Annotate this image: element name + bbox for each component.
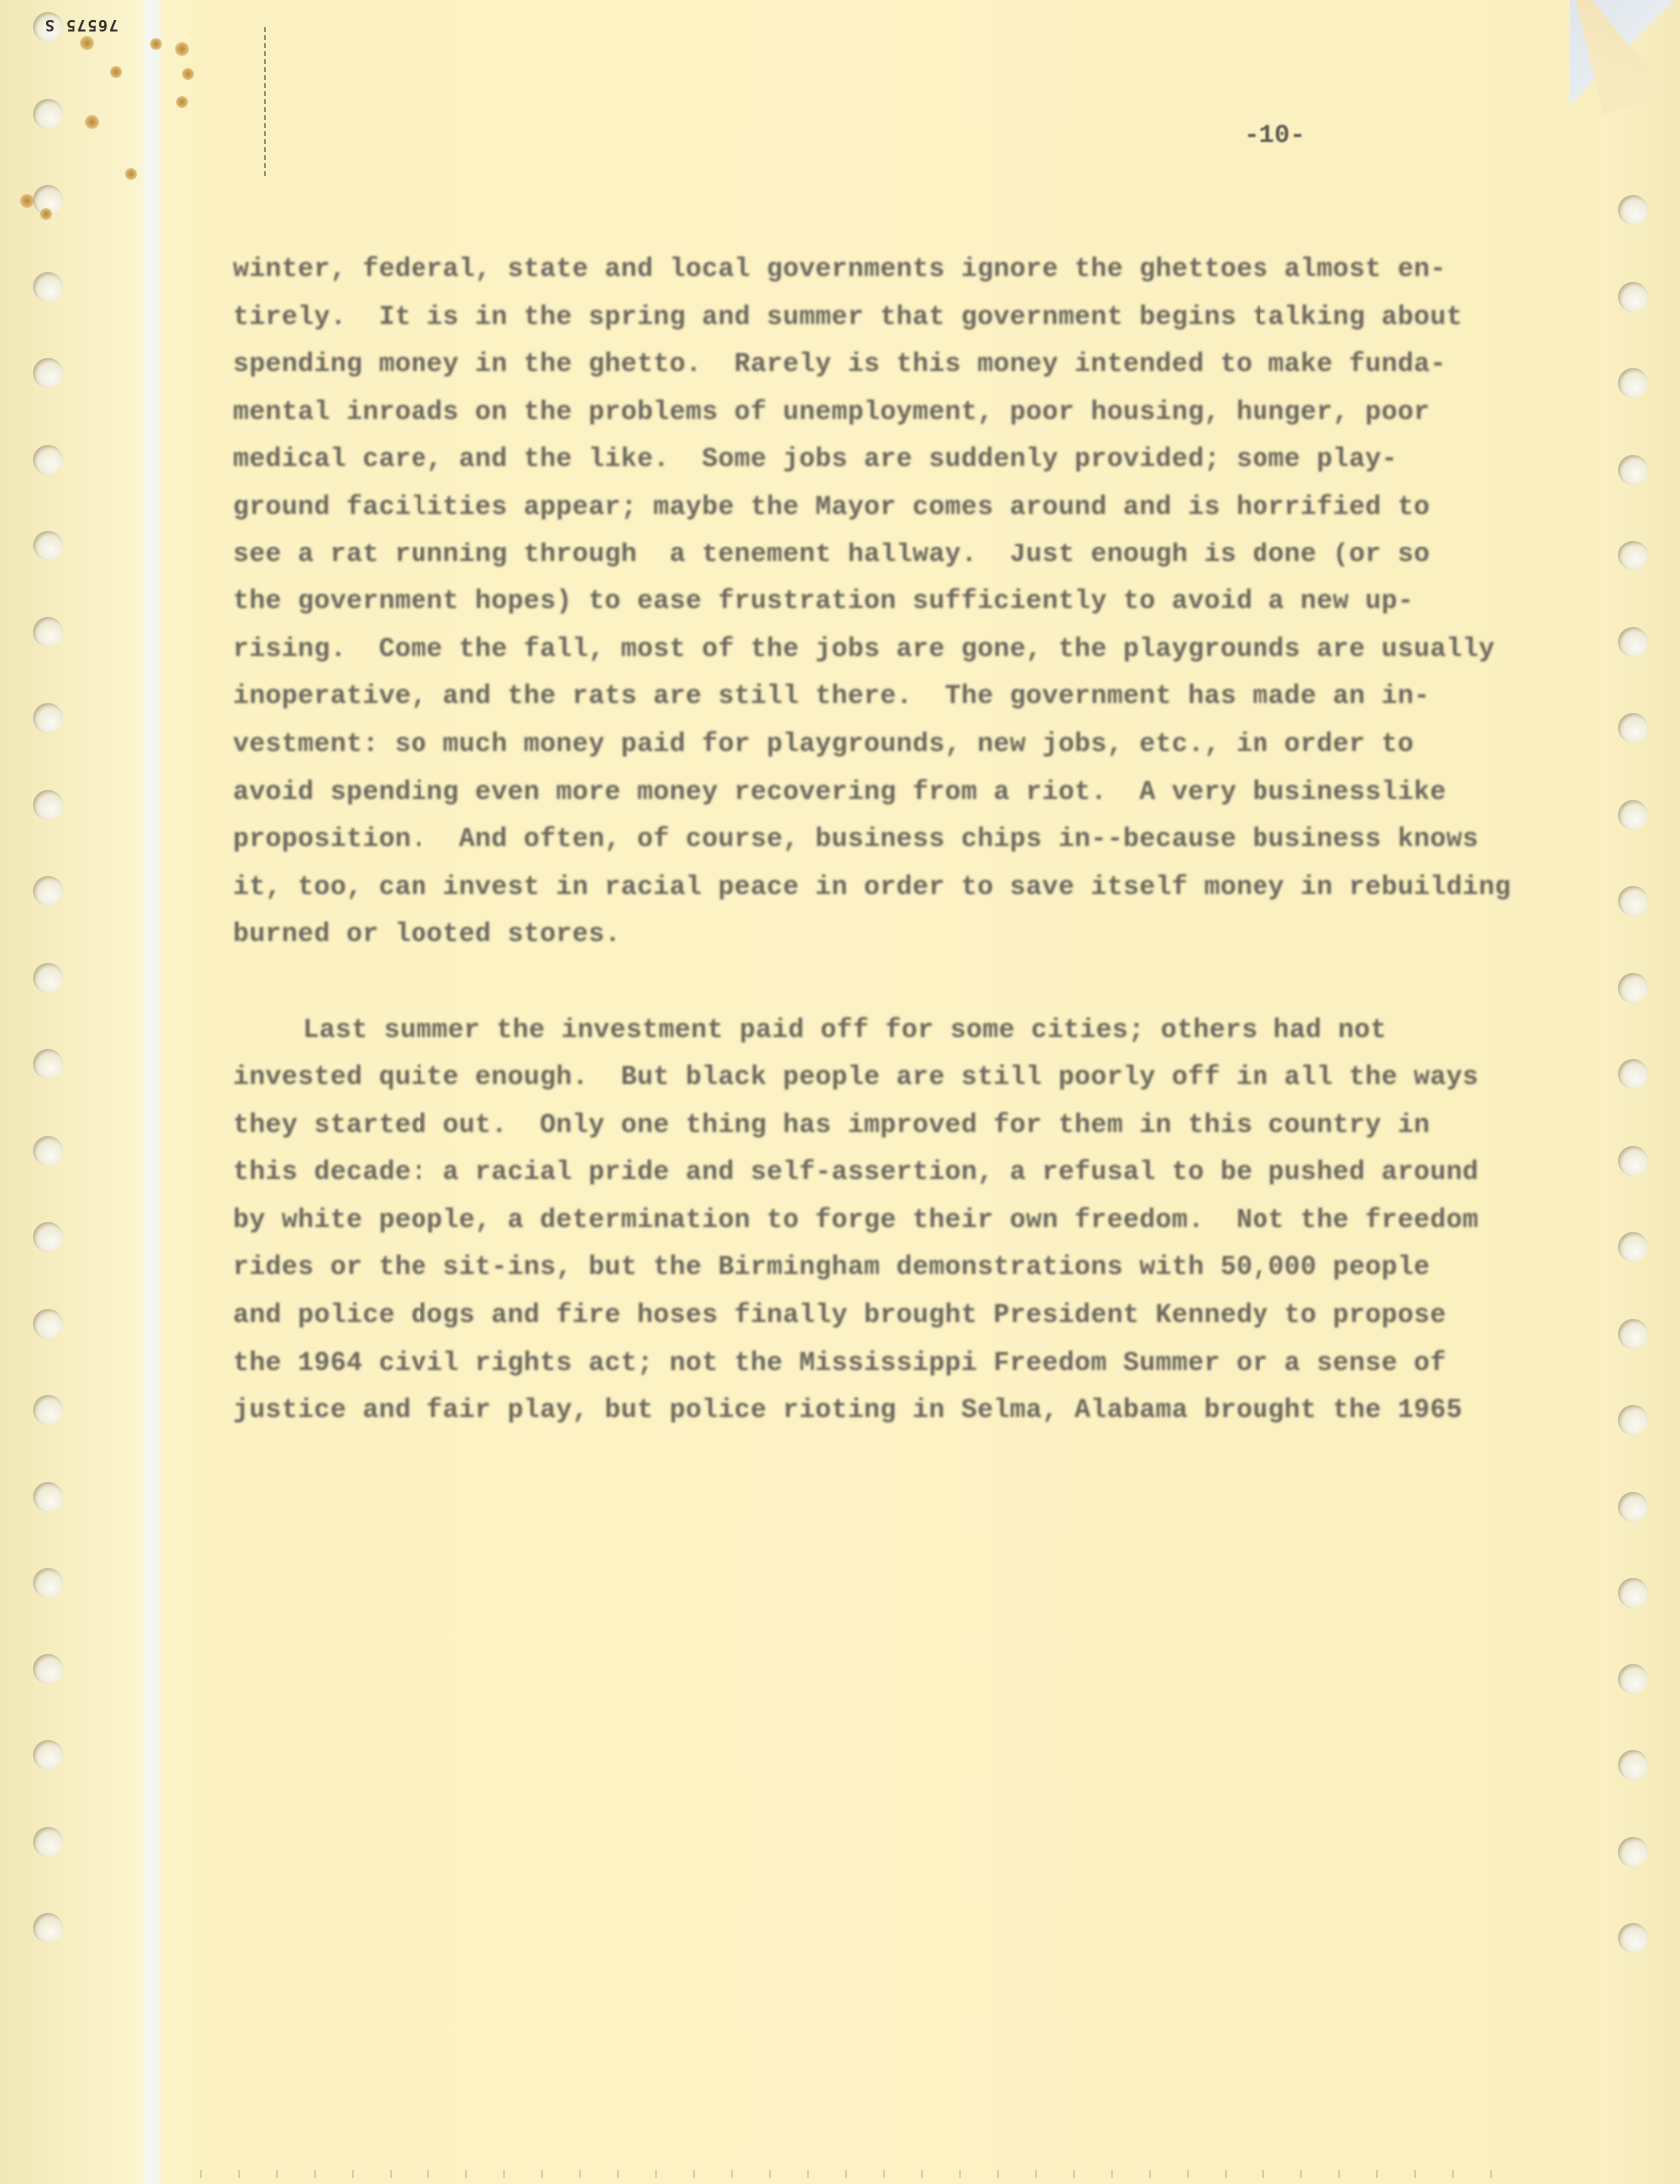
punch-hole [33,790,63,820]
punch-hole [1618,195,1648,225]
stain-mark [182,68,194,80]
punch-hole [33,1049,63,1079]
text-line: Last summer the investment paid off for … [233,1007,1551,1055]
punch-hole [33,1222,63,1252]
stain-mark [80,36,94,50]
text-line: proposition. And often, of course, busin… [233,816,1551,864]
text-line: avoid spending even more money recoverin… [233,769,1551,817]
punch-hole [33,963,63,993]
text-line: invested quite enough. But black people … [233,1054,1551,1102]
punch-hole [1618,1319,1648,1349]
stain-mark [176,96,188,108]
paragraph: Last summer the investment paid off for … [233,959,1551,1435]
punch-hole [33,617,63,647]
punch-hole [33,272,63,302]
punch-hole [33,531,63,560]
stain-mark [175,42,189,56]
paragraph: winter, federal, state and local governm… [233,246,1551,959]
tractor-feed-strip-left [0,0,130,2184]
punch-hole [33,1395,63,1425]
punch-hole [1618,627,1648,657]
punch-hole [33,703,63,733]
text-line: tirely. It is in the spring and summer t… [233,294,1551,342]
punch-hole [1618,886,1648,916]
perforation-line [138,0,164,2184]
punch-hole [1618,1923,1648,1953]
punch-hole [1618,1492,1648,1522]
text-line: and police dogs and fire hoses finally b… [233,1292,1551,1340]
punch-hole [33,1740,63,1770]
punch-hole [1618,1059,1648,1089]
text-line: winter, federal, state and local governm… [233,246,1551,294]
text-line: they started out. Only one thing has imp… [233,1102,1551,1150]
punch-hole [1618,1146,1648,1176]
stain-mark [150,38,162,50]
punch-hole [1618,800,1648,830]
stain-mark [20,194,34,208]
text-line: ground facilities appear; maybe the Mayo… [233,484,1551,532]
punch-hole [1618,282,1648,312]
punch-hole [33,1136,63,1166]
bottom-perforation [200,2170,1498,2178]
punch-hole [33,1309,63,1339]
punch-hole [1618,1750,1648,1780]
body-text: winter, federal, state and local governm… [233,246,1551,1435]
punch-hole [1618,1837,1648,1867]
stain-mark [110,66,122,78]
text-line: the 1964 civil rights act; not the Missi… [233,1340,1551,1388]
punch-hole [1618,1232,1648,1262]
punch-hole [1618,455,1648,485]
text-line: it, too, can invest in racial peace in o… [233,864,1551,912]
text-line: mental inroads on the problems of unempl… [233,389,1551,437]
stain-mark [85,115,99,129]
punch-hole [33,1654,63,1684]
punch-hole [1618,541,1648,570]
punch-hole [1618,973,1648,1003]
stain-mark [125,168,137,180]
punch-hole [33,1482,63,1512]
punch-hole [33,876,63,906]
punch-hole [33,1913,63,1943]
punch-hole [1618,1664,1648,1694]
margin-mark [264,27,266,177]
text-line: justice and fair play, but police riotin… [233,1387,1551,1435]
punch-hole [1618,713,1648,743]
text-line: spending money in the ghetto. Rarely is … [233,341,1551,389]
text-line: this decade: a racial pride and self-ass… [233,1149,1551,1197]
punch-hole [1618,1578,1648,1608]
stain-mark [40,208,52,220]
page-number: -10- [1244,120,1305,150]
punch-hole [33,99,63,129]
text-line: vestment: so much money paid for playgro… [233,721,1551,769]
serial-number: 76575 S [44,16,118,35]
text-line: burned or looted stores. [233,911,1551,959]
text-line: see a rat running through a tenement hal… [233,532,1551,579]
document-page: 76575 S -10- winter, federal, state and … [0,0,1680,2184]
paragraph-gap [233,959,1551,1007]
punch-hole [33,1827,63,1857]
text-line: medical care, and the like. Some jobs ar… [233,436,1551,484]
text-line: inoperative, and the rats are still ther… [233,673,1551,721]
text-line: by white people, a determination to forg… [233,1197,1551,1245]
punch-hole [33,358,63,388]
text-line: rides or the sit-ins, but the Birmingham… [233,1244,1551,1292]
punch-hole [33,1568,63,1598]
text-line: rising. Come the fall, most of the jobs … [233,626,1551,674]
punch-hole [1618,1405,1648,1435]
punch-hole [1618,368,1648,398]
punch-hole [33,445,63,475]
text-line: the government hopes) to ease frustratio… [233,578,1551,626]
